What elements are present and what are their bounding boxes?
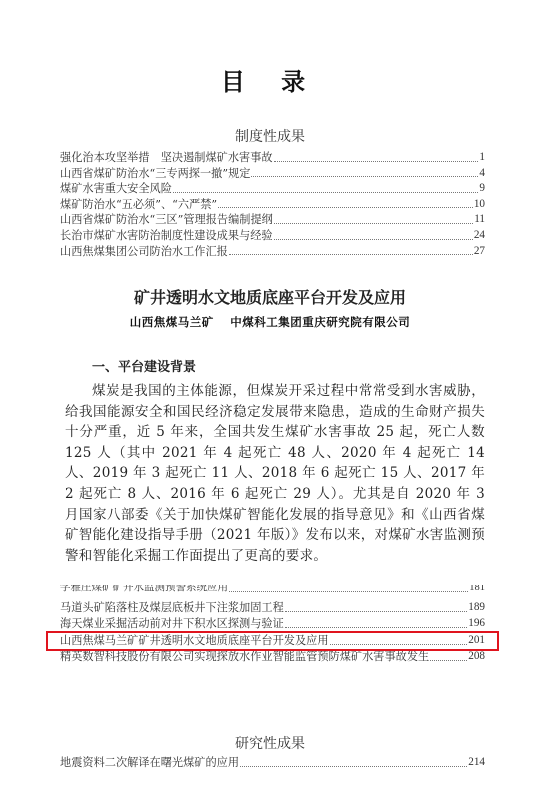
toc-entry[interactable]: 山西焦煤集团公司防治水工作汇报27 (60, 244, 485, 260)
toc-practice-clipped-row: 学雅庄煤矿矿井水监测预警系统应用181 (60, 585, 485, 597)
toc-entry[interactable]: 地震资料二次解译在曙光煤矿的应用214 (60, 755, 485, 771)
leader-dots (274, 223, 473, 224)
leader-dots (274, 161, 479, 162)
toc-entry-title: 精英数智科技股份有限公司实现探放水作业智能监管预防煤矿水害事故发生 (60, 649, 429, 665)
toc-entry-title: 马道头矿陷落柱及煤层底板井下注浆加固工程 (60, 600, 284, 616)
article-paragraph: 煤炭是我国的主体能源，但煤炭开采过程中常常受到水害威胁，给我国能源安全和国民经济… (65, 381, 485, 566)
leader-dots (240, 766, 467, 767)
toc-entry-page: 9 (479, 181, 485, 197)
toc-research-list: 地震资料二次解译在曙光煤矿的应用214 (60, 755, 485, 771)
section-heading-research: 研究性成果 (0, 733, 540, 753)
toc-entry-title: 煤矿防治水“五必须”、“六严禁” (60, 197, 217, 213)
toc-entry-page: 181 (469, 585, 485, 596)
toc-entry-page: 24 (474, 228, 485, 244)
toc-entry-title: 山西焦煤集团公司防治水工作汇报 (60, 244, 228, 260)
toc-entry-page: 196 (468, 616, 485, 632)
leader-dots (430, 660, 467, 661)
toc-entry[interactable]: 强化治本攻坚举措 坚决遏制煤矿水害事故1 (60, 150, 485, 166)
toc-entry-title: 海天煤业采掘活动前对井下积水区探测与验证 (60, 616, 284, 632)
toc-entry-page: 189 (468, 600, 485, 616)
toc-entry-title: 山西省煤矿防治水“三专两探一撤”规定 (60, 166, 250, 182)
leader-dots (218, 207, 473, 208)
toc-entry[interactable]: 煤矿防治水“五必须”、“六严禁”10 (60, 197, 485, 213)
toc-entry-page: 208 (468, 649, 485, 665)
article-title: 矿井透明水文地质底座平台开发及应用 (0, 285, 540, 308)
toc-entry[interactable]: 山西省煤矿防治水“三区”管理报告编制提纲11 (60, 212, 485, 228)
toc-entry-title: 长治市煤矿水害防治制度性建设成果与经验 (60, 228, 273, 244)
leader-dots (274, 239, 473, 240)
leader-dots (285, 611, 467, 612)
toc-entry-page: 10 (474, 197, 485, 213)
leader-dots (229, 254, 473, 255)
leader-dots (285, 627, 467, 628)
page-title: 目 录 (0, 62, 540, 97)
toc-entry-title: 学雅庄煤矿矿井水监测预警系统应用 (60, 585, 228, 596)
article-body: 煤炭是我国的主体能源，但煤炭开采过程中常常受到水害威胁，给我国能源安全和国民经济… (65, 381, 485, 566)
toc-entry[interactable]: 煤矿水害重大安全风险9 (60, 181, 485, 197)
leader-dots (251, 176, 478, 177)
toc-entry-page: 11 (474, 212, 485, 228)
toc-entry-page: 27 (474, 244, 485, 260)
leader-dots (173, 192, 479, 193)
toc-entry-page: 4 (479, 166, 485, 182)
toc-entry[interactable]: 马道头矿陷落柱及煤层底板井下注浆加固工程189 (60, 599, 485, 616)
toc-entry-page: 214 (468, 755, 485, 771)
toc-entry[interactable]: 学雅庄煤矿矿井水监测预警系统应用181 (60, 585, 485, 596)
toc-entry[interactable]: 山西省煤矿防治水“三专两探一撤”规定4 (60, 166, 485, 182)
toc-entry[interactable]: 海天煤业采掘活动前对井下积水区探测与验证196 (60, 616, 485, 633)
toc-entry[interactable]: 长治市煤矿水害防治制度性建设成果与经验24 (60, 228, 485, 244)
toc-entry-title: 地震资料二次解译在曙光煤矿的应用 (60, 755, 239, 771)
article-section-heading: 一、平台建设背景 (92, 356, 196, 375)
section-heading-institutional: 制度性成果 (0, 126, 540, 146)
toc-entry-title: 煤矿水害重大安全风险 (60, 181, 172, 197)
article-authors: 山西焦煤马兰矿 中煤科工集团重庆研究院有限公司 (0, 314, 540, 330)
toc-entry-page: 1 (479, 150, 485, 166)
toc-entry-title: 山西省煤矿防治水“三区”管理报告编制提纲 (60, 212, 273, 228)
leader-dots (229, 591, 468, 592)
toc-institutional-list: 强化治本攻坚举措 坚决遏制煤矿水害事故1 山西省煤矿防治水“三专两探一撤”规定4… (60, 150, 485, 259)
toc-entry-title: 强化治本攻坚举措 坚决遏制煤矿水害事故 (60, 150, 273, 166)
highlight-box (46, 631, 499, 651)
